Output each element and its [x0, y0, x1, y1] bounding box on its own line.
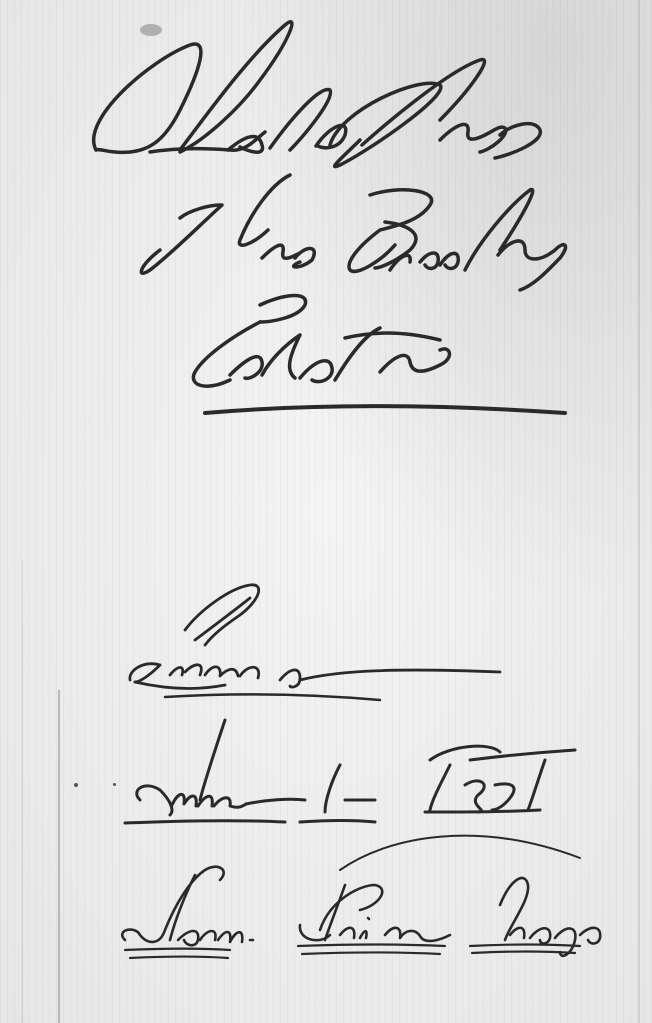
signature-underline	[125, 945, 580, 959]
signature-script	[122, 867, 600, 956]
flourish-arc	[340, 836, 580, 870]
title-line-2-script	[141, 175, 565, 290]
handwriting	[0, 0, 652, 1023]
title-underline	[205, 406, 565, 413]
recorded-underline	[165, 694, 380, 700]
recorded-script	[130, 585, 500, 689]
date-script	[137, 720, 575, 815]
title-line-3-script	[193, 296, 449, 387]
date-underline	[125, 810, 540, 823]
title-line-1-script	[94, 22, 541, 167]
